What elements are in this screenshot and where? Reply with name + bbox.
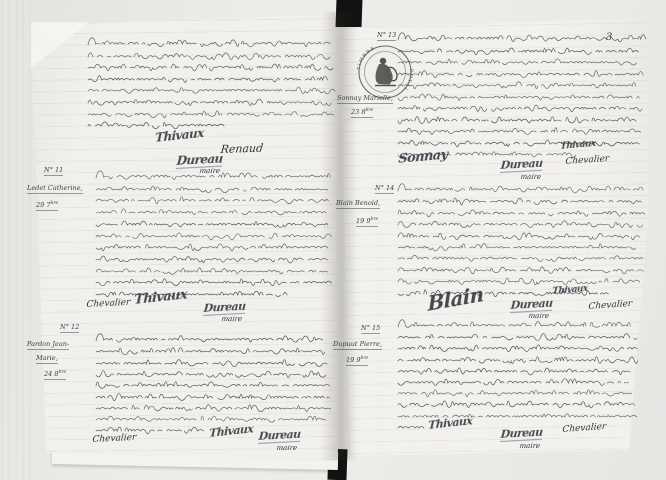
act-margin-number: N° 12 [60,324,79,333]
signature-dureau: Dureau [510,298,553,313]
signature-dureau: Dureau [500,158,543,173]
signature-chevalier: Chevalier [86,299,131,310]
signature-thivaux: Thivaux [209,423,253,439]
act-margin-number: N° 11 [44,167,63,176]
act-margin-date: 23 8bre [351,109,373,118]
act-margin-number: N° 15 [361,325,380,334]
signature-thivaux: Thivaux [428,415,472,431]
act-margin-name: Dupuut Pierre, [333,341,382,350]
act-margin-date: 19 9bre [356,218,378,227]
act-margin-date: 19 9bre [346,357,368,366]
signature-dureau: Dureau [258,429,301,444]
signature-chevalier: Chevalier [588,300,632,312]
signature-renaud: Renaud [220,142,264,155]
act-margin-date: 29 7bre [36,202,58,211]
handwritten-content-layer: 3 TIMBRE ROYAL ThivauxRenaudDureaumaireN… [0,0,666,480]
act-margin-name: Ledet Catherine, [27,185,83,194]
signature-dureau: Dureau [203,301,246,316]
signature-maire: maire [221,316,243,323]
act-margin-date: 24 8bre [44,371,66,380]
act-margin-name: Pardon Jean- [27,341,69,350]
signature-thivaux: Thivaux [155,127,204,144]
signature-maire: maire [276,445,298,452]
signature-chevalier: Chevalier [92,434,137,445]
act-margin-name: Marie, [36,355,58,364]
act-margin-name: Sonnay Marielle, [337,95,393,104]
act-margin-name: Blain Benoid, [336,200,380,209]
signature-chevalier: Chevalier [565,155,609,167]
act-margin-number: N° 14 [375,185,394,194]
register-scan-spread: 3 TIMBRE ROYAL ThivauxRenaudDureaumaireN… [0,0,666,480]
signature-thivaux: Thivaux [134,288,187,307]
handwriting-line [398,417,429,435]
signature-maire: maire [519,443,541,450]
signature-chevalier: Chevalier [562,423,606,435]
act-margin-number: N° 13 [377,32,396,41]
signature-sonnay: Sonnay [398,149,448,166]
signature-dureau: Dureau [500,427,543,442]
